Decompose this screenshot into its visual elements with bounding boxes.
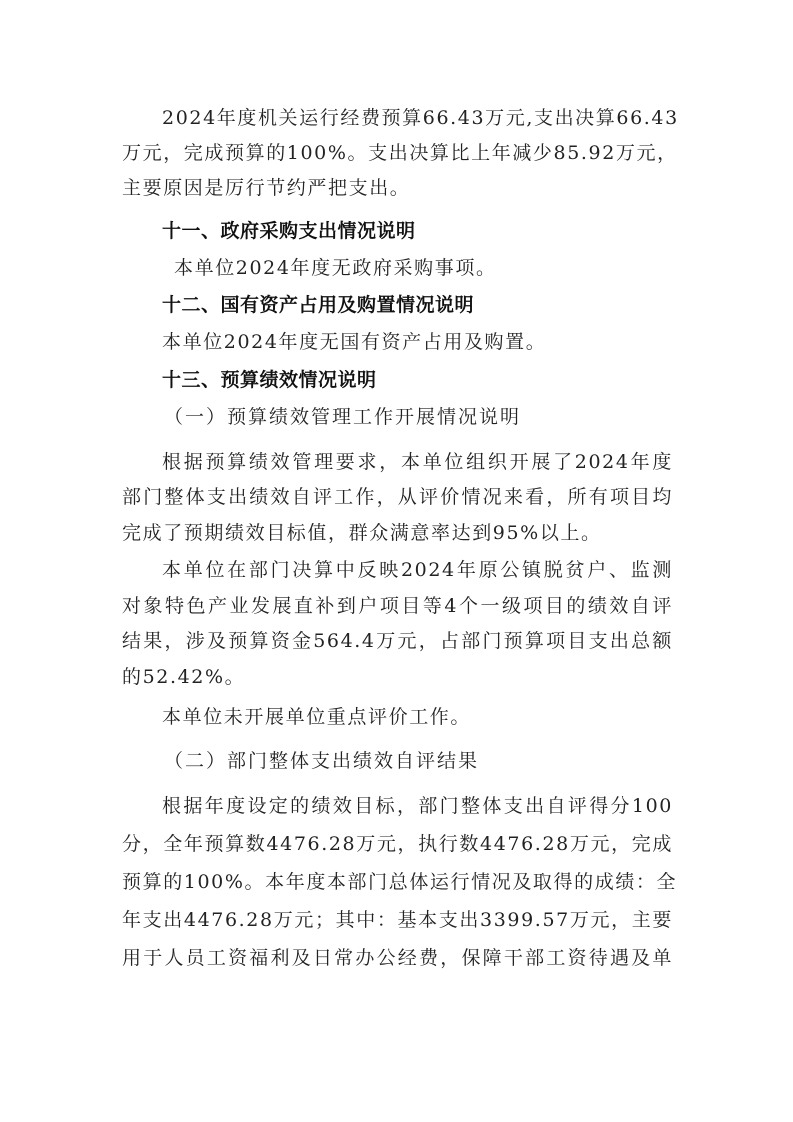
- subsection-2-paragraph-1-line-1: 根据年度设定的绩效目标，部门整体支出自评得分100: [162, 794, 673, 818]
- subsection-1-paragraph-2-line-3: 结果，涉及预算资金564.4万元，占部门预算项目支出总额: [122, 629, 673, 653]
- subsection-2-paragraph-1-line-5: 用于人员工资福利及日常办公经费，保障干部工资待遇及单: [122, 946, 673, 970]
- subsection-1-paragraph-2-line-4: 的52.42%。: [122, 665, 673, 689]
- subsection-2-paragraph-1-line-3: 预算的100%。本年度本部门总体运行情况及取得的成绩：全: [122, 870, 673, 894]
- paragraph-operating-costs-line-3: 主要原因是厉行节约严把支出。: [122, 176, 673, 200]
- subsection-1-paragraph-3: 本单位未开展单位重点评价工作。: [162, 705, 471, 729]
- subsection-2-heading: （二）部门整体支出绩效自评结果: [164, 749, 479, 773]
- subsection-2-paragraph-1-line-4: 年支出4476.28万元；其中：基本支出3399.57万元，主要: [122, 908, 673, 932]
- section-11-body: 本单位2024年度无政府采购事项。: [174, 256, 497, 280]
- section-12-body: 本单位2024年度无国有资产占用及购置。: [162, 330, 546, 354]
- subsection-1-paragraph-2-line-1: 本单位在部门决算中反映2024年原公镇脱贫户、监测: [162, 558, 673, 582]
- paragraph-operating-costs-line-1: 2024年度机关运行经费预算66.43万元,支出决算66.43: [162, 106, 673, 130]
- subsection-1-paragraph-1-line-1: 根据预算绩效管理要求，本单位组织开展了2024年度: [162, 450, 673, 474]
- subsection-1-paragraph-1-line-3: 完成了预期绩效目标值，群众满意率达到95%以上。: [122, 521, 673, 545]
- subsection-1-paragraph-2-line-2: 对象特色产业发展直补到户项目等4个一级项目的绩效自评: [122, 594, 673, 618]
- section-13-heading: 十三、预算绩效情况说明: [162, 368, 377, 392]
- section-12-heading: 十二、国有资产占用及购置情况说明: [162, 293, 474, 317]
- paragraph-operating-costs-line-2: 万元，完成预算的100%。支出决算比上年减少85.92万元，: [122, 141, 673, 165]
- document-page: 2024年度机关运行经费预算66.43万元,支出决算66.43 万元，完成预算的…: [0, 0, 793, 1122]
- subsection-2-paragraph-1-line-2: 分，全年预算数4476.28万元，执行数4476.28万元，完成: [122, 832, 673, 856]
- section-11-heading: 十一、政府采购支出情况说明: [162, 219, 416, 243]
- subsection-1-heading: （一）预算绩效管理工作开展情况说明: [164, 405, 521, 429]
- subsection-1-paragraph-1-line-2: 部门整体支出绩效自评工作，从评价情况来看，所有项目均: [122, 485, 673, 509]
